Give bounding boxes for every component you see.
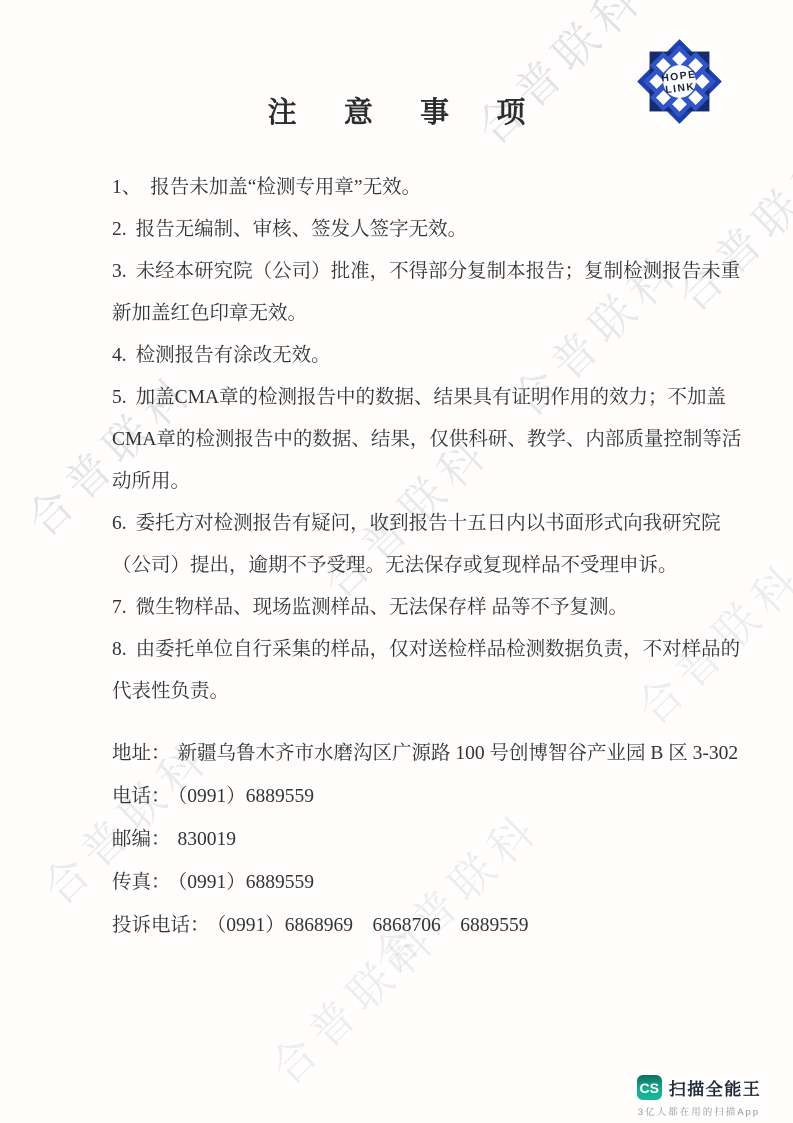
notice-item: 8.由委托单位自行采集的样品，仅对送检样品检测数据负责，不对样品的代表性负责。	[112, 629, 750, 713]
contact-row-phone: 电话：（0991）6889559	[112, 775, 752, 818]
contact-row-postcode: 邮编：830019	[112, 818, 752, 861]
notice-text: 报告无编制、审核、签发人签字无效。	[136, 219, 468, 240]
notice-list: 1、报告未加盖“检测专用章”无效。 2.报告无编制、审核、签发人签字无效。 3.…	[112, 167, 750, 713]
contact-row-complaint-phone: 投诉电话：（0991）6868969 6868706 6889559	[112, 904, 752, 947]
notice-item: 3.未经本研究院（公司）批准，不得部分复制本报告；复制检测报告未重新加盖红色印章…	[112, 251, 750, 335]
notice-item: 6.委托方对检测报告有疑问，收到报告十五日内以书面形式向我研究院（公司）提出，逾…	[112, 503, 750, 587]
notice-item: 1、报告未加盖“检测专用章”无效。	[112, 167, 750, 209]
camscanner-badge: CS 扫描全能王 3亿人都在用的扫描App	[611, 1075, 787, 1118]
contact-row-fax: 传真：（0991）6889559	[112, 861, 752, 904]
contact-label: 投诉电话：	[112, 915, 210, 936]
notice-item: 2.报告无编制、审核、签发人签字无效。	[112, 209, 750, 251]
camscanner-tagline: 3亿人都在用的扫描App	[611, 1104, 787, 1118]
page-title: 注 意 事 项	[0, 90, 793, 131]
notice-text: 报告未加盖“检测专用章”无效。	[150, 177, 421, 198]
notice-text: 未经本研究院（公司）批准，不得部分复制本报告；复制检测报告未重新加盖红色印章无效…	[112, 261, 740, 324]
scanned-document-page: 合普联科 合普联科 合普联科 合普联科 合普联科 合普联科 合普联科 合普联科 …	[0, 0, 793, 1123]
notice-number: 5.	[112, 387, 127, 408]
notice-text: 委托方对检测报告有疑问，收到报告十五日内以书面形式向我研究院（公司）提出，逾期不…	[112, 513, 721, 576]
notice-item: 5.加盖CMA章的检测报告中的数据、结果具有证明作用的效力；不加盖CMA章的检测…	[112, 377, 750, 503]
contact-label: 传真：	[112, 872, 171, 893]
notice-text: 检测报告有涂改无效。	[136, 345, 331, 366]
contact-value: （0991）6889559	[178, 872, 315, 893]
camscanner-badge-row: CS 扫描全能王	[611, 1075, 787, 1100]
contact-value: 新疆乌鲁木齐市水磨沟区广源路 100 号创博智谷产业园 B 区 3-302	[178, 743, 739, 764]
notice-number: 3.	[112, 261, 127, 282]
contact-row-address: 地址：新疆乌鲁木齐市水磨沟区广源路 100 号创博智谷产业园 B 区 3-302	[112, 732, 752, 775]
camscanner-cs-icon: CS	[637, 1075, 662, 1100]
contact-value: （0991）6868969 6868706 6889559	[217, 915, 529, 936]
contact-block: 地址：新疆乌鲁木齐市水磨沟区广源路 100 号创博智谷产业园 B 区 3-302…	[112, 732, 752, 947]
contact-value: （0991）6889559	[178, 786, 315, 807]
contact-label: 邮编：	[112, 829, 171, 850]
notice-number: 2.	[112, 219, 127, 240]
notice-text: 微生物样品、现场监测样品、无法保存样 品等不予复测。	[136, 597, 628, 618]
notice-number: 6.	[112, 513, 127, 534]
contact-label: 电话：	[112, 786, 171, 807]
contact-value: 830019	[178, 829, 237, 850]
notice-text: 加盖CMA章的检测报告中的数据、结果具有证明作用的效力；不加盖CMA章的检测报告…	[112, 387, 741, 492]
watermark-text: 合普联科	[460, 0, 657, 157]
notice-item: 7.微生物样品、现场监测样品、无法保存样 品等不予复测。	[112, 587, 750, 629]
notice-item: 4.检测报告有涂改无效。	[112, 335, 750, 377]
notice-number: 8.	[112, 639, 127, 660]
notice-text: 由委托单位自行采集的样品，仅对送检样品检测数据负责，不对样品的代表性负责。	[112, 639, 740, 702]
contact-label: 地址：	[112, 743, 171, 764]
notice-number: 4.	[112, 345, 127, 366]
notice-number: 7.	[112, 597, 127, 618]
notice-number: 1、	[112, 177, 141, 198]
camscanner-app-name: 扫描全能王	[669, 1075, 762, 1100]
